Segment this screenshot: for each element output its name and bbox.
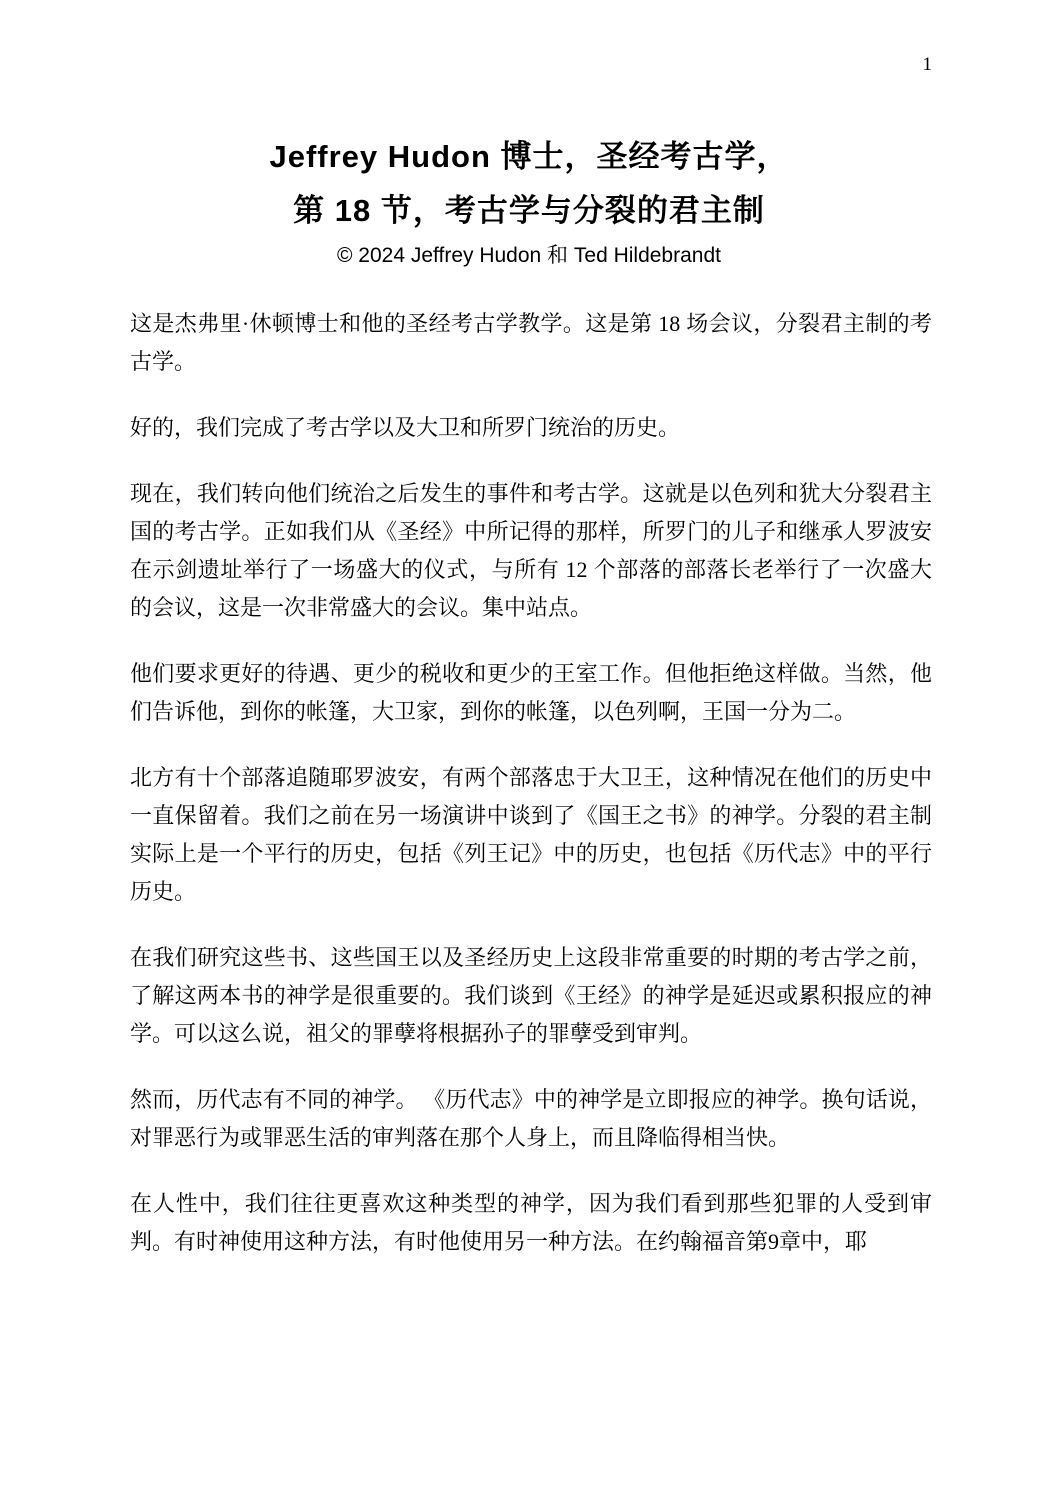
paragraph-8: 在人性中，我们往往更喜欢这种类型的神学，因为我们看到那些犯罪的人受到审判。有时神… bbox=[130, 1185, 932, 1261]
paragraph-5: 北方有十个部落追随耶罗波安，有两个部落忠于大卫王，这种情况在他们的历史中一直保留… bbox=[130, 759, 932, 911]
paragraph-1: 这是杰弗里·休顿博士和他的圣经考古学教学。这是第 18 场会议，分裂君主制的考古… bbox=[130, 305, 932, 381]
paragraph-3: 现在，我们转向他们统治之后发生的事件和考古学。这就是以色列和犹大分裂君主国的考古… bbox=[130, 475, 932, 627]
paragraph-6: 在我们研究这些书、这些国王以及圣经历史上这段非常重要的时期的考古学之前，了解这两… bbox=[130, 939, 932, 1053]
document-page: 1 Jeffrey Hudon 博士，圣经考古学， 第 18 节，考古学与分裂的… bbox=[0, 0, 1058, 1497]
document-body: 这是杰弗里·休顿博士和他的圣经考古学教学。这是第 18 场会议，分裂君主制的考古… bbox=[130, 305, 932, 1261]
paragraph-4: 他们要求更好的待遇、更少的税收和更少的王室工作。但他拒绝这样做。当然，他们告诉他… bbox=[130, 655, 932, 731]
document-title-line-2: 第 18 节，考古学与分裂的君主制 bbox=[0, 184, 1058, 238]
title-block: Jeffrey Hudon 博士，圣经考古学， 第 18 节，考古学与分裂的君主… bbox=[0, 0, 1058, 271]
paragraph-2: 好的，我们完成了考古学以及大卫和所罗门统治的历史。 bbox=[130, 409, 932, 447]
paragraph-7: 然而，历代志有不同的神学。 《历代志》中的神学是立即报应的神学。换句话说，对罪恶… bbox=[130, 1081, 932, 1157]
page-number: 1 bbox=[923, 54, 933, 76]
copyright-line: © 2024 Jeffrey Hudon 和 Ted Hildebrandt bbox=[0, 241, 1058, 271]
document-title-line-1: Jeffrey Hudon 博士，圣经考古学， bbox=[0, 130, 1058, 184]
